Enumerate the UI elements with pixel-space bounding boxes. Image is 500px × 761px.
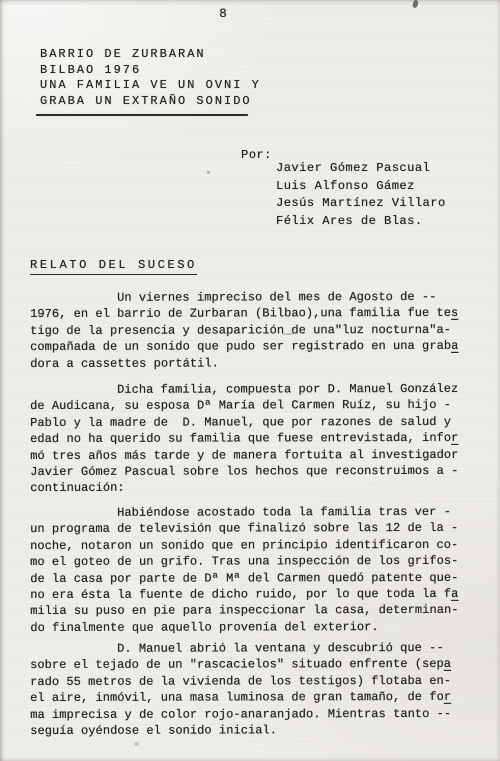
page-number: 8 bbox=[213, 7, 233, 21]
title-underline-rule bbox=[36, 114, 248, 116]
scanned-document-page: 8 BARRIO DE ZURBARANBILBAO 1976UNA FAMIL… bbox=[0, 0, 500, 761]
text-line: continuación: bbox=[30, 479, 480, 497]
text-line: el aire, inmóvil, una masa luminosa de g… bbox=[30, 689, 480, 707]
text-line: ma imprecisa y de color rojo-anaranjado.… bbox=[30, 705, 480, 723]
section-title: RELATO DEL SUCESO bbox=[30, 258, 197, 272]
text-line: UNA FAMILIA VE UN OVNI Y bbox=[40, 78, 261, 94]
document-title-block: BARRIO DE ZURBARANBILBAO 1976UNA FAMILIA… bbox=[40, 47, 261, 110]
text-line: 1976, en el barrio de Zurbaran (Bilbao),… bbox=[30, 305, 480, 323]
text-line: mó tres años más tarde y de manera fortu… bbox=[30, 446, 480, 464]
text-line: sobre el tejado de un "rascacielos" situ… bbox=[30, 656, 480, 674]
text-line: GRABA UN EXTRAÑO SONIDO bbox=[40, 94, 261, 110]
text-line: tigo de la presencia y desaparición de u… bbox=[30, 322, 480, 340]
text-line: seguía oyéndose el sonido inicial. bbox=[30, 722, 480, 740]
text-line: dora a cassettes portátil. bbox=[30, 354, 480, 372]
text-line: Un viernes impreciso del mes de Agosto d… bbox=[30, 289, 480, 307]
text-line: milia su puso en pie para inspeccionar l… bbox=[30, 602, 480, 620]
story-paragraph-1: Un viernes impreciso del mes de Agosto d… bbox=[30, 289, 480, 372]
text-line: Félix Ares de Blas. bbox=[276, 213, 446, 231]
text-line: Javier Gómez Pascual sobre los hechos qu… bbox=[30, 463, 480, 481]
byline-authors: Javier Gómez PascualLuis Alfonso GámezJe… bbox=[276, 160, 446, 230]
text-line: noche, notaron un sonido que en principi… bbox=[30, 537, 480, 555]
story-paragraph-4: D. Manuel abrió la ventana y descubrió q… bbox=[30, 640, 480, 740]
text-line: compañada de un sonido que pudo ser regi… bbox=[30, 338, 480, 356]
text-line: Jesús Martínez Villaro bbox=[276, 195, 446, 213]
text-line: de Audicana, su esposa Dª María del Carm… bbox=[30, 397, 480, 415]
text-line: BARRIO DE ZURBARAN bbox=[40, 47, 261, 63]
text-line: mo el goteo de un grifo. Tras una inspec… bbox=[30, 553, 480, 571]
text-line: do finalmente que aquello provenía del e… bbox=[30, 619, 480, 637]
text-line: BILBAO 1976 bbox=[40, 63, 261, 79]
story-paragraph-2: Dicha familia, compuesta por D. Manuel G… bbox=[30, 381, 480, 497]
text-line: no era ésta la fuente de dicho ruido, po… bbox=[30, 586, 480, 604]
text-line: Pablo y la madre de D. Manuel, que por r… bbox=[30, 414, 480, 432]
text-line: un programa de televisión que finalizó s… bbox=[30, 520, 480, 538]
text-line: rado 55 metros de la vivienda de los tes… bbox=[30, 673, 480, 691]
text-line: Habiéndose acostado toda la familia tras… bbox=[30, 504, 480, 522]
text-line: Luis Alfonso Gámez bbox=[276, 178, 446, 196]
scan-speck bbox=[207, 171, 210, 174]
text-line: Dicha familia, compuesta por D. Manuel G… bbox=[30, 381, 480, 399]
scan-speck bbox=[412, 0, 419, 9]
text-line: D. Manuel abrió la ventana y descubrió q… bbox=[30, 640, 480, 658]
byline-label: Por: bbox=[241, 148, 272, 162]
text-line: edad no ha querido su familia que fuese … bbox=[30, 430, 480, 448]
story-paragraph-3: Habiéndose acostado toda la familia tras… bbox=[30, 504, 480, 636]
section-title-text: RELATO DEL SUCESO bbox=[30, 258, 197, 275]
text-line: Javier Gómez Pascual bbox=[276, 160, 446, 178]
scan-speck bbox=[134, 742, 139, 746]
text-line: de la casa por parte de Dª Mª del Carmen… bbox=[30, 569, 480, 587]
